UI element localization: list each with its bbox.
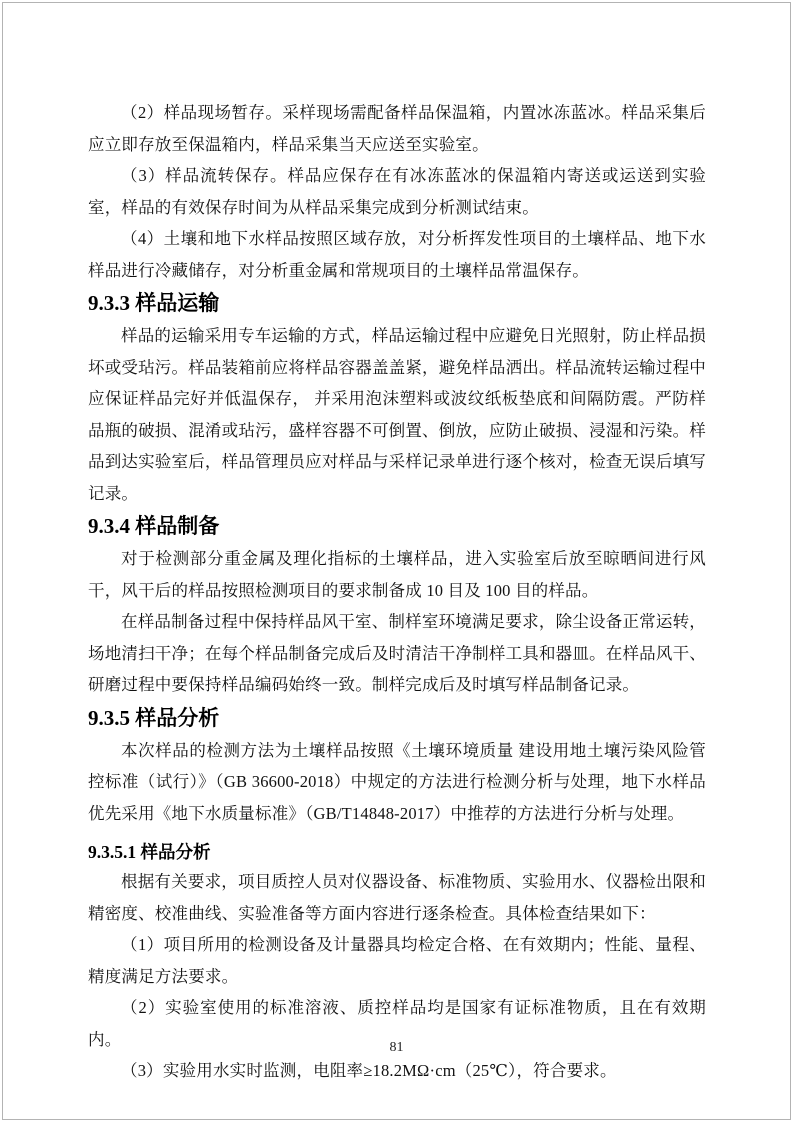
heading-9-3-3-sample-transport: 9.3.3 样品运输 <box>88 286 706 320</box>
paragraph-qc-result-lab-water: （3）实验用水实时监测，电阻率≥18.2MΩ·cm（25℃），符合要求。 <box>88 1055 706 1087</box>
page-number: 81 <box>0 1040 793 1056</box>
paragraph-sample-transfer-storage: （3）样品流转保存。样品应保存在有冰冻蓝冰的保温箱内寄送或运送到实验室，样品的有… <box>88 160 706 223</box>
heading-9-3-4-sample-preparation: 9.3.4 样品制备 <box>88 509 706 543</box>
paragraph-sample-zone-storage: （4）土壤和地下水样品按照区域存放，对分析挥发性项目的土壤样品、地下水样品进行冷… <box>88 223 706 286</box>
paragraph-sample-transport-body: 样品的运输采用专车运输的方式，样品运输过程中应避免日光照射，防止样品损坏或受玷污… <box>88 320 706 509</box>
paragraph-sample-preparation-environment: 在样品制备过程中保持样品风干室、制样室环境满足要求，除尘设备正常运转，场地清扫干… <box>88 606 706 701</box>
heading-9-3-5-sample-analysis: 9.3.5 样品分析 <box>88 701 706 735</box>
heading-9-3-5-1-sample-analysis: 9.3.5.1 样品分析 <box>88 839 706 866</box>
paragraph-qc-inspection-intro: 根据有关要求，项目质控人员对仪器设备、标准物质、实验用水、仪器检出限和精密度、校… <box>88 866 706 929</box>
paragraph-analysis-methods-standards: 本次样品的检测方法为土壤样品按照《土壤环境质量 建设用地土壤污染风险管控标准（试… <box>88 735 706 830</box>
document-content: （2）样品现场暂存。采样现场需配备样品保温箱，内置冰冻蓝冰。样品采集后应立即存放… <box>88 97 706 1087</box>
paragraph-qc-result-equipment: （1）项目所用的检测设备及计量器具均检定合格、在有效期内；性能、量程、精度满足方… <box>88 929 706 992</box>
paragraph-sample-preparation-drying: 对于检测部分重金属及理化指标的土壤样品，进入实验室后放至晾晒间进行风干，风干后的… <box>88 543 706 606</box>
document-page: （2）样品现场暂存。采样现场需配备样品保温箱，内置冰冻蓝冰。样品采集后应立即存放… <box>0 0 793 1122</box>
paragraph-sample-onsite-storage: （2）样品现场暂存。采样现场需配备样品保温箱，内置冰冻蓝冰。样品采集后应立即存放… <box>88 97 706 160</box>
